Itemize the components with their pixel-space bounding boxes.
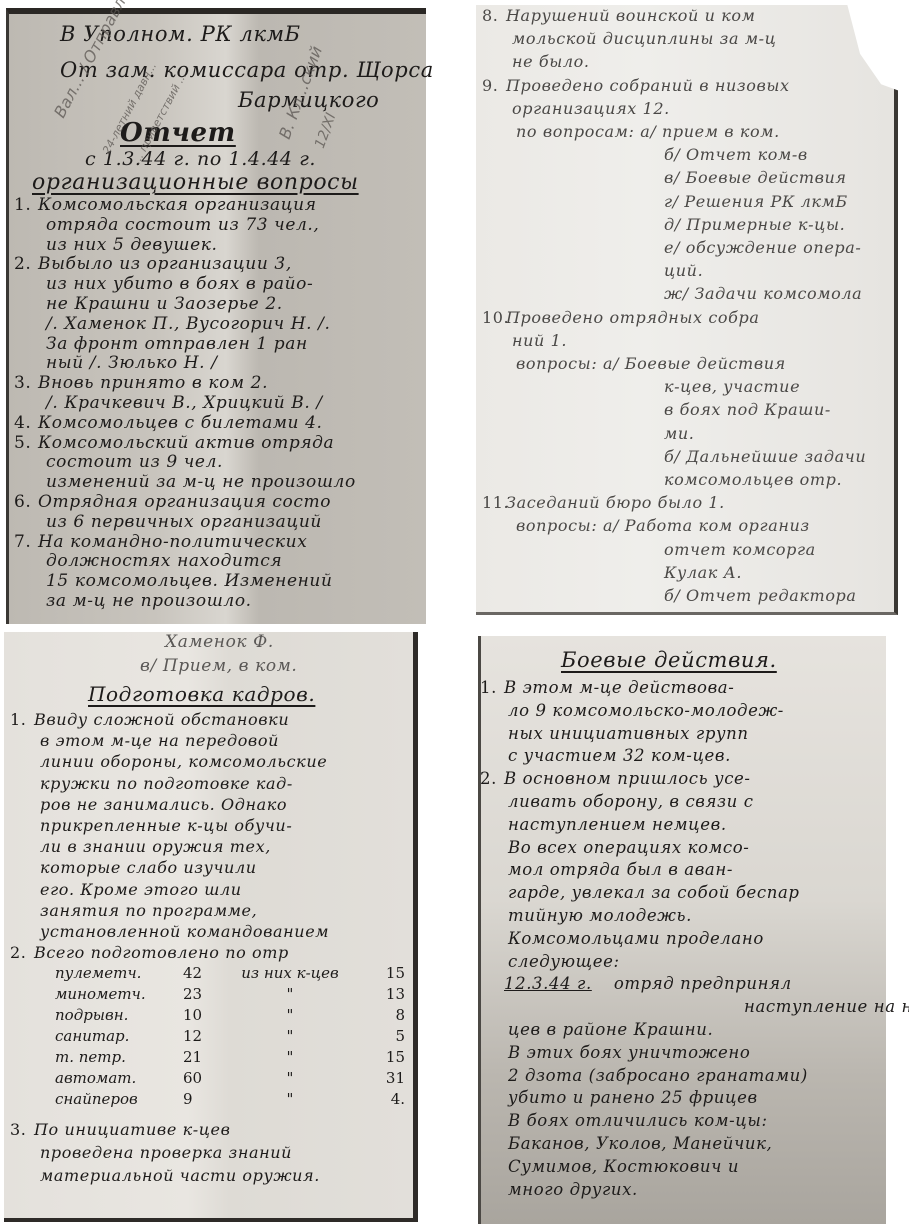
line-text: В этих боях уничтожено [504,1043,750,1062]
text-line: состоит из 9 чел. [14,452,223,472]
text-line: в боях под Краши- [482,400,831,423]
komsomol-count: 4. [365,1090,405,1108]
text-line: проведена проверка знаний [10,1143,292,1166]
page-1-photo: В Уполном. РК лкмБ От зам. комиссара отр… [0,0,435,626]
text-line: 2 дзота (забросано гранатами) [480,1066,808,1089]
item-number: 2. [480,769,504,788]
line-text: Выбыло из организации 3, [38,254,292,274]
line-text: к-цев, участие [506,377,800,396]
line-text: линии обороны, комсомольские [34,752,327,771]
text-line: отчет комсорга [482,540,816,563]
text-line: б/ Отчет редактора [482,586,857,609]
line-text: материальной части оружия. [34,1166,320,1185]
text-line: 1.Комсомольская организация [14,195,317,215]
line-text: Заседаний бюро было 1. [506,493,725,512]
item-number: 1. [480,678,504,697]
text-line: 6.Отрядная организация состо [14,492,331,512]
line-text: отчет комсорга [506,540,816,559]
text-line: ний 1. [482,331,567,354]
total-trained: 10 [183,1006,223,1024]
text-line: 2.Всего подготовлено по отр [10,943,289,964]
text-line: кружки по подготовке кад- [10,774,293,795]
line-text: б/ Дальнейшие задачи [506,447,866,466]
text-line: 11.Заседаний бюро было 1. [482,493,725,516]
item-number: 4. [14,413,38,433]
text-line: ми. [482,424,694,447]
text-line: наступлением немцев. [480,815,727,838]
text-line: прикрепленные к-цы обучи- [10,816,292,837]
line-text: Баканов, Уколов, Манейчик, [504,1134,772,1153]
line-text: На командно-политических [38,532,307,552]
table-row: снайперов9"4. [55,1090,410,1111]
line-text: кружки по подготовке кад- [34,774,293,793]
text-line: мол отряда был в аван- [480,860,733,883]
page-4-title: Боевые действия. [561,648,777,672]
text-line: 2.В основном пришлось усе- [480,769,751,792]
text-line: ный /. Зюлько Н. / [14,353,218,373]
item-number: 6. [14,492,38,512]
text-line: тийную молодежь. [480,906,692,929]
text-line: 4.Комсомольцев с билетами 4. [14,413,323,433]
ditto-mark: " [230,1027,350,1045]
text-line: гарде, увлекал за собой беспар [480,883,800,906]
weapon-specialty: т. петр. [55,1048,175,1066]
ditto-mark: " [230,1090,350,1108]
line-text: г/ Решения РК лкмБ [506,192,848,211]
text-line: которые слабо изучили [10,858,257,879]
line-text: б/ Отчет ком-в [506,145,808,164]
line-text: Нарушений воинской и ком [506,6,755,25]
text-line: ж/ Задачи комсомола [482,284,862,307]
line-text: В этом м-це действова- [504,678,734,697]
line-text: Кулак А. [506,563,742,582]
komsomol-count: 5 [365,1027,405,1045]
text-line: /. Крачкевич В., Хрицкий В. / [14,393,323,413]
page-3-title: Подготовка кадров. [88,682,315,706]
item-number: 1. [14,195,38,215]
text-line: изменений за м-ц не произошло [14,472,356,492]
line-text: ций. [506,261,703,280]
line-text: Всего подготовлено по отр [34,943,289,962]
total-trained: 23 [183,985,223,1003]
line-text: в/ Боевые действия [506,168,847,187]
line-text: не было. [506,52,590,71]
line-text: ний 1. [506,331,567,350]
line-text: наступление на нем- [504,997,909,1016]
line-text: Сумимов, Костюкович и [504,1157,739,1176]
komsomol-count: 15 [365,1048,405,1066]
line-text: не Крашни и Заозерье 2. [38,294,283,314]
item-number: 2. [10,943,34,962]
line-text: вопросы: а/ Работа ком организ [506,516,810,535]
text-line: за м-ц не произошло. [14,591,252,611]
line-text: следующее: [504,952,620,971]
ditto-mark: " [230,1069,350,1087]
komsomol-header: из них к-цев [230,964,350,982]
line-text: /. Хаменок П., Вусогорич Н. /. [38,314,330,334]
komsomol-count: 31 [365,1069,405,1087]
total-trained: 9 [183,1090,223,1108]
text-line: комсомольцев отр. [482,470,842,493]
text-line: ров не занимались. Однако [10,795,287,816]
text-line: 10.Проведено отрядных собра [482,308,759,331]
table-row: автомат.60"31 [55,1069,410,1090]
page-2-photo: 8.Нарушений воинской и коммольской дисци… [468,0,909,626]
entry-date: 12.3.44 г. [504,974,592,993]
text-line: ло 9 комсомольско-молодеж- [480,701,784,724]
weapon-specialty: снайперов [55,1090,175,1108]
line-text: ров не занимались. Однако [34,795,287,814]
text-line: занятия по программе, [10,901,257,922]
line-text: цев в районе Крашни. [504,1020,713,1039]
text-line: к-цев, участие [482,377,800,400]
text-line: вопросы: а/ Работа ком организ [482,516,810,539]
line-text: По инициативе к-цев [34,1120,230,1139]
from-line: От зам. комиссара отр. Щорса [60,58,434,82]
text-line: /. Хаменок П., Вусогорич Н. /. [14,314,330,334]
line-text: убито и ранено 25 фрицев [504,1088,758,1107]
text-line: г/ Решения РК лкмБ [482,192,848,215]
text-line: 2.Выбыло из организации 3, [14,254,292,274]
komsomol-count: 13 [365,985,405,1003]
text-line: ных инициативных групп [480,724,749,747]
text-line: наступление на нем- [480,997,909,1020]
line-text: ж/ Задачи комсомола [506,284,862,303]
text-line: по вопросам: а/ прием в ком. [482,122,780,145]
text-line: 9.Проведено собраний в низовых [482,76,790,99]
line-text: д/ Примерные к-цы. [506,215,845,234]
line-text: Проведено собраний в низовых [506,76,790,95]
text-line: цев в районе Крашни. [480,1020,713,1043]
line-text: вопросы: а/ Боевые действия [506,354,786,373]
text-line: в этом м-це на передовой [10,731,279,752]
total-trained: 12 [183,1027,223,1045]
line-text: отряда состоит из 73 чел., [38,215,319,235]
text-line: должностях находится [14,551,282,571]
line-text: которые слабо изучили [34,858,257,877]
line-text: тийную молодежь. [504,906,692,925]
text-line: не Крашни и Заозерье 2. [14,294,283,314]
text-line: 8.Нарушений воинской и ком [482,6,755,29]
line-text: /. Крачкевич В., Хрицкий В. / [38,393,323,413]
line-text: должностях находится [38,551,282,571]
text-line: 5.Комсомольский актив отряда [14,433,334,453]
table-row: т. петр.21"15 [55,1048,410,1069]
line-text: Отрядная организация состо [38,492,331,512]
total-trained: 60 [183,1069,223,1087]
text-line: из них 5 девушек. [14,235,218,255]
line-text: Ввиду сложной обстановки [34,710,289,729]
ditto-mark: " [230,1006,350,1024]
line-text: занятия по программе, [34,901,257,920]
item-number: 8. [482,6,506,25]
line-text: мол отряда был в аван- [504,860,733,879]
text-line: его. Кроме этого шли [10,880,242,901]
line-text: наступлением немцев. [504,815,727,834]
item-number: 1. [10,710,34,729]
text-line: ли в знании оружия тех, [10,837,271,858]
text-line: организациях 12. [482,99,670,122]
page-4-photo: Боевые действия. 1.В этом м-це действова… [466,630,909,1229]
line-text: из 6 первичных организаций [38,512,322,532]
line-text: ных инициативных групп [504,724,749,743]
text-line: убито и ранено 25 фрицев [480,1088,758,1111]
line-text: ли в знании оружия тех, [34,837,271,856]
line-text: 15 комсомольцев. Изменений [38,571,333,591]
komsomol-count: 8 [365,1006,405,1024]
text-line: За фронт отправлен 1 ран [14,334,308,354]
text-line: б/ Отчет ком-в [482,145,808,168]
text-line: отряда состоит из 73 чел., [14,215,319,235]
ditto-mark: " [230,1048,350,1066]
text-line: много других. [480,1180,638,1203]
weapon-specialty: подрывн. [55,1006,175,1024]
item-number: 7. [14,532,38,552]
line-text: ло 9 комсомольско-молодеж- [504,701,784,720]
line-text: установленной командованием [34,922,329,941]
report-period: с 1.3.44 г. по 1.4.44 г. [85,148,316,170]
line-text: изменений за м-ц не произошло [38,472,356,492]
line-text: Вновь принято в ком 2. [38,373,268,393]
weapon-specialty: пулеметч. [55,964,175,982]
text-line: 12.3.44 г.отряд предпринял [480,974,792,997]
text-line: Кулак А. [482,563,742,586]
text-line: линии обороны, комсомольские [10,752,327,773]
text-line: В боях отличились ком-цы: [480,1111,768,1134]
text-line: с участием 32 ком-цев. [480,746,731,769]
item-number: 3. [14,373,38,393]
item-number: 3. [10,1120,34,1139]
line-text: проведена проверка знаний [34,1143,292,1162]
text-line: материальной части оружия. [10,1166,320,1189]
ditto-mark: " [230,985,350,1003]
line-text: много других. [504,1180,638,1199]
section-heading: организационные вопросы [32,170,359,195]
line-text: в боях под Краши- [506,400,831,419]
text-line: Во всех операциях комсо- [480,838,749,861]
text-line: 3.Вновь принято в ком 2. [14,373,268,393]
line-text: В боях отличились ком-цы: [504,1111,768,1130]
line-text: 2 дзота (забросано гранатами) [504,1066,808,1085]
total-trained: 42 [183,964,223,982]
line-text: Во всех операциях комсо- [504,838,749,857]
line-text: из них 5 девушек. [38,235,218,255]
komsomol-count: 15 [365,964,405,982]
text-line: 3.По инициативе к-цев [10,1120,230,1143]
line-text: Комсомольцами проделано [504,929,764,948]
line-text: мольской дисциплины за м-ц [506,29,776,48]
line-text: Проведено отрядных собра [506,308,759,327]
text-line: Сумимов, Костюкович и [480,1157,739,1180]
text-line: из них убито в боях в райо- [14,274,313,294]
line-text: из них убито в боях в райо- [38,274,313,294]
page-3-header-item: в/ Прием, в ком. [140,656,297,676]
line-text: отряд предпринял [610,974,792,993]
line-text: прикрепленные к-цы обучи- [34,816,292,835]
line-text: комсомольцев отр. [506,470,842,489]
text-line: 1.Ввиду сложной обстановки [10,710,289,731]
text-line: Баканов, Уколов, Манейчик, [480,1134,772,1157]
weapon-specialty: автомат. [55,1069,175,1087]
page-3-header-name: Хаменок Ф. [165,632,274,652]
text-line: В этих боях уничтожено [480,1043,750,1066]
text-line: не было. [482,52,590,75]
line-text: В основном пришлось усе- [504,769,751,788]
line-text: по вопросам: а/ прием в ком. [506,122,780,141]
item-number: 5. [14,433,38,453]
text-line: Комсомольцами проделано [480,929,764,952]
line-text: За фронт отправлен 1 ран [38,334,308,354]
line-text: б/ Отчет редактора [506,586,857,605]
text-line: б/ Дальнейшие задачи [482,447,866,470]
item-number: 10. [482,308,506,327]
text-line: из 6 первичных организаций [14,512,322,532]
text-line: 1.В этом м-це действова- [480,678,734,701]
item-number: 9. [482,76,506,95]
text-line: ций. [482,261,703,284]
line-text: его. Кроме этого шли [34,880,242,899]
line-text: Комсомольская организация [38,195,317,215]
line-text: Комсомольцев с билетами 4. [38,413,323,433]
text-line: мольской дисциплины за м-ц [482,29,776,52]
weapon-specialty: минометч. [55,985,175,1003]
text-line: 7.На командно-политических [14,532,307,552]
table-row: минометч.23"13 [55,985,410,1006]
line-text: в этом м-це на передовой [34,731,279,750]
line-text: за м-ц не произошло. [38,591,252,611]
table-row: пулеметч.42из них к-цев15 [55,964,410,985]
text-line: установленной командованием [10,922,329,943]
text-line: ливать оборону, в связи с [480,792,754,815]
line-text: ливать оборону, в связи с [504,792,754,811]
item-number: 11. [482,493,506,512]
line-text: ми. [506,424,694,443]
line-text: организациях 12. [506,99,670,118]
line-text: с участием 32 ком-цев. [504,746,731,765]
table-row: подрывн.10"8 [55,1006,410,1027]
item-number: 2. [14,254,38,274]
line-text: ный /. Зюлько Н. / [38,353,218,373]
total-trained: 21 [183,1048,223,1066]
line-text: Комсомольский актив отряда [38,433,334,453]
text-line: 15 комсомольцев. Изменений [14,571,333,591]
text-line: д/ Примерные к-цы. [482,215,845,238]
text-line: в/ Боевые действия [482,168,847,191]
line-text: е/ обсуждение опера- [506,238,861,257]
line-text: состоит из 9 чел. [38,452,223,472]
weapon-specialty: санитар. [55,1027,175,1045]
page-3-photo: Хаменок Ф. в/ Прием, в ком. Подготовка к… [0,630,430,1229]
text-line: е/ обсуждение опера- [482,238,861,261]
text-line: вопросы: а/ Боевые действия [482,354,786,377]
line-text: гарде, увлекал за собой беспар [504,883,800,902]
table-row: санитар.12"5 [55,1027,410,1048]
text-line: следующее: [480,952,620,975]
